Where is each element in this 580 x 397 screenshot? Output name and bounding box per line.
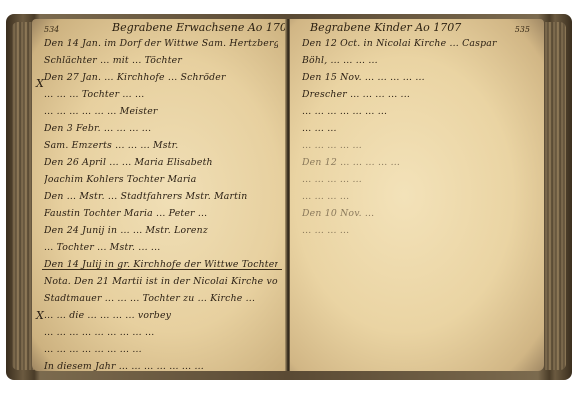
entry-line: ... ... ... Tochter ... ... — [44, 86, 278, 103]
page-heading: Begrabene Erwachsene Ao 1707 — [112, 21, 286, 34]
entry-line: ... ... die ... ... ... ... vorbey — [44, 307, 278, 324]
page-number: 534 — [44, 25, 59, 34]
entry-line: Den 15 Nov. ... ... ... ... ... — [302, 69, 536, 86]
entries-lower: Nota. Den 21 Martii ist in der Nicolai K… — [44, 273, 278, 371]
entry-line: Den 12 Oct. in Nicolai Kirche ... Caspar — [302, 35, 536, 52]
entry-line: Den 14 Julij in gr. Kirchhofe der Wittwe… — [44, 256, 278, 273]
entry-line: Stadtmauer ... ... ... Tochter zu ... Ki… — [44, 290, 278, 307]
entry-line: Schlächter ... mit ... Töchter — [44, 52, 278, 69]
entries: Den 12 Oct. in Nicolai Kirche ... Caspar… — [302, 35, 536, 239]
left-page-edges — [12, 22, 34, 370]
right-page: 535 Begrabene Kinder Ao 1707 Den 12 Oct.… — [290, 19, 544, 371]
entry-line-faint: ... ... ... ... — [302, 222, 536, 239]
entry-line: ... ... ... ... ... ... Meister — [44, 103, 278, 120]
entry-line: Den 27 Jan. ... Kirchhofe ... Schröder — [44, 69, 278, 86]
divider-line — [42, 269, 282, 270]
entry-line: ... ... ... ... ... ... ... ... — [44, 341, 278, 358]
entry-line-faint: Den 10 Nov. ... — [302, 205, 536, 222]
entry-line: Joachim Kohlers Tochter Maria — [44, 171, 278, 188]
entry-line: Drescher ... ... ... ... ... — [302, 86, 536, 103]
entry-line-faint: ... ... ... ... ... — [302, 137, 536, 154]
entry-line-faint: Den 12 ... ... ... ... ... — [302, 154, 536, 171]
entries-upper: Den 14 Jan. im Dorf der Wittwe Sam. Hert… — [44, 35, 278, 273]
entry-line: Böhl, ... ... ... ... — [302, 52, 536, 69]
left-page: 534 Begrabene Erwachsene Ao 1707 X X Den… — [32, 19, 286, 371]
entry-line: Sam. Emzerts ... ... ... Mstr. — [44, 137, 278, 154]
page-heading: Begrabene Kinder Ao 1707 — [310, 21, 461, 34]
entry-line: ... Tochter ... Mstr. ... ... — [44, 239, 278, 256]
entry-line: Den 14 Jan. im Dorf der Wittwe Sam. Hert… — [44, 35, 278, 52]
entry-line: ... ... ... ... ... ... ... ... ... — [44, 324, 278, 341]
entry-line: Den ... Mstr. ... Stadtfahrers Mstr. Mar… — [44, 188, 278, 205]
entry-line: ... ... ... — [302, 120, 536, 137]
right-page-edges — [544, 22, 566, 370]
entry-line: Den 26 April ... ... Maria Elisabeth — [44, 154, 278, 171]
entry-line: Faustin Tochter Maria ... Peter ... — [44, 205, 278, 222]
entry-line-faint: ... ... ... ... ... — [302, 171, 536, 188]
entry-line: In diesem Jahr ... ... ... ... ... ... .… — [44, 358, 278, 371]
entry-line: Den 3 Febr. ... ... ... ... — [44, 120, 278, 137]
entry-line: Den 24 Junij in ... ... Mstr. Lorenz — [44, 222, 278, 239]
entry-line: ... ... ... ... ... ... ... — [302, 103, 536, 120]
margin-mark: X — [36, 77, 44, 90]
open-book: 534 Begrabene Erwachsene Ao 1707 X X Den… — [6, 14, 572, 380]
margin-mark: X — [36, 309, 44, 322]
entry-line: Nota. Den 21 Martii ist in der Nicolai K… — [44, 273, 278, 290]
entry-line-faint: ... ... ... ... — [302, 188, 536, 205]
page-number: 535 — [515, 25, 530, 34]
